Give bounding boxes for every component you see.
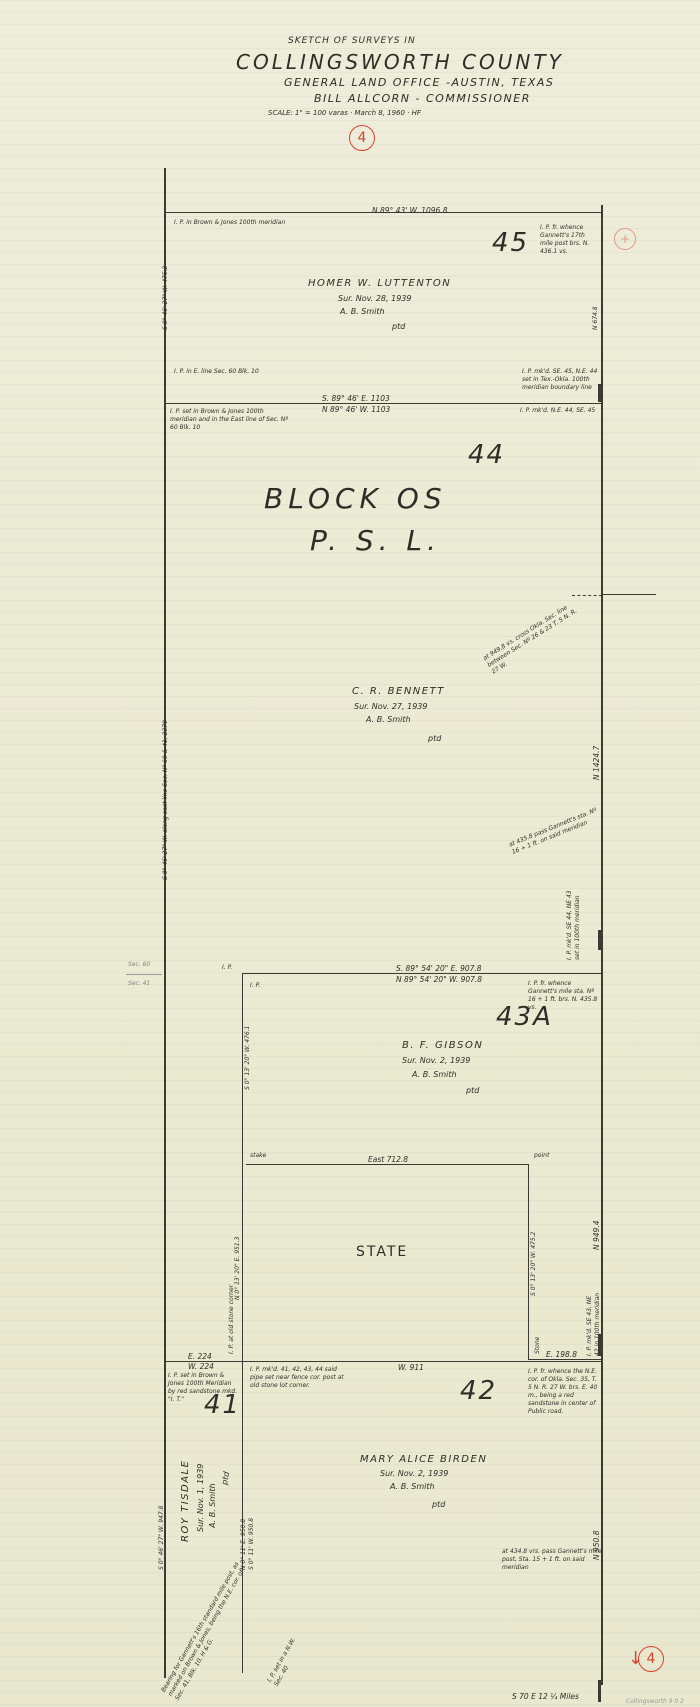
note-ip-mkd-se45: I. P. mk'd. SE. 45, N.E. 44 set in Tex.-… xyxy=(522,368,600,392)
call-div-41-42-a: N 0° 11' E. 950.8 xyxy=(240,1519,248,1570)
okla-section-extension xyxy=(601,594,656,595)
ip-label-a: I. P. xyxy=(222,964,232,972)
surveyor-43a: A. B. Smith xyxy=(412,1070,457,1079)
section-45-number: 45 xyxy=(492,228,529,258)
county-title: COLLINGSWORTH COUNTY xyxy=(236,50,564,74)
line-43a-42 xyxy=(164,1361,601,1362)
red-arrow-down-icon: ↓ xyxy=(628,1648,643,1669)
call-45-44-lower: N 89° 46' W. 1103 xyxy=(322,405,390,414)
call-east-45: N 674.8 xyxy=(592,306,600,330)
call-top-line: N 89° 43' W. 1096.8 xyxy=(372,206,447,215)
survey-sheet: SKETCH OF SURVEYS IN COLLINGSWORTH COUNT… xyxy=(0,0,700,1707)
note-ip-mkd-ne44: I. P. mk'd. N.E. 44, SE. 45 xyxy=(520,407,595,415)
section-43a-number: 43A xyxy=(496,1002,553,1032)
owner-gibson: B. F. GIBSON xyxy=(402,1040,483,1051)
sheet-number-mark: 4 xyxy=(349,125,375,151)
note-ip-mkd-41-44: I. P. mk'd. 41, 42, 43, 44 said pipe set… xyxy=(250,1366,350,1390)
header-line1: SKETCH OF SURVEYS IN xyxy=(288,36,416,46)
survey-date-41: Sur. Nov. 1, 1939 xyxy=(196,1464,205,1532)
state-south-east-line xyxy=(528,1359,601,1360)
surveyor-42: A. B. Smith xyxy=(390,1482,435,1491)
state-east-line xyxy=(528,1164,529,1360)
call-west-45: S 0° 46' 27" W. 475.2 xyxy=(162,266,170,330)
sec-divider xyxy=(126,974,162,975)
state-label: STATE xyxy=(356,1244,408,1260)
note-pass-gannett-2: at 434.8 vrs. pass Gannett's mile post, … xyxy=(502,1548,612,1572)
status-43a: ptd xyxy=(466,1086,479,1095)
call-state-top: East 712.8 xyxy=(368,1155,408,1164)
east-boundary-line xyxy=(601,205,603,1685)
note-stone: Stone xyxy=(534,1337,542,1354)
call-east-44: N 1424.7 xyxy=(592,746,601,780)
owner-bennett: C. R. BENNETT xyxy=(352,686,445,697)
status-44: ptd xyxy=(428,734,441,743)
note-ip-brown-jones: I. P. in Brown & Jones 100th meridian xyxy=(174,219,354,227)
status-45: ptd xyxy=(392,322,405,331)
line-45-44 xyxy=(164,403,601,404)
sec-60-label: Sec. 60 xyxy=(128,961,150,969)
call-state-bottom: E. 198.8 xyxy=(546,1350,577,1359)
note-ip-e-line: I. P. in E. line Sec. 60 Blk. 10 xyxy=(174,368,274,376)
surveyor-44: A. B. Smith xyxy=(366,715,411,724)
sec-41-label: Sec. 41 xyxy=(128,980,150,988)
note-ip-mkd-se44: I. P. mk'd. SE 44, NE 43 set in 100th me… xyxy=(566,885,582,960)
monument-mark-3 xyxy=(598,1680,601,1702)
call-45-44-upper: S. 89° 46' E. 1103 xyxy=(322,394,390,403)
monument-mark-1 xyxy=(598,930,601,950)
surveyor-41: A. B. Smith xyxy=(208,1483,217,1528)
owner-tisdale: ROY TISDALE xyxy=(180,1460,191,1542)
survey-date-42: Sur. Nov. 2, 1939 xyxy=(380,1469,448,1478)
section-44-number: 44 xyxy=(468,440,505,470)
surveyor-45: A. B. Smith xyxy=(340,307,385,316)
section-42-number: 42 xyxy=(460,1376,497,1406)
corner-stamp: Collingsworth 9 0 2 xyxy=(626,1698,684,1706)
owner-luttenton: HOMER W. LUTTENTON xyxy=(308,278,451,289)
note-point: point xyxy=(534,1152,549,1160)
note-ip-set-brown: I. P. set in Brown & Jones 100th meridia… xyxy=(170,408,290,432)
note-ip-old-stone: I. P. at old stone corner xyxy=(228,1285,236,1354)
call-east-43a: N 949.4 xyxy=(592,1221,601,1250)
okla-section-dashed-line xyxy=(572,595,602,596)
call-w911: W. 911 xyxy=(398,1363,424,1372)
red-registration-mark: + xyxy=(614,228,636,250)
call-w224: W. 224 xyxy=(188,1362,214,1371)
paper-ruling xyxy=(0,0,700,1707)
note-ip-ne-okla: I. P. fr. whence the N.E. cor. of Okla. … xyxy=(528,1368,600,1416)
monument-mark-4 xyxy=(598,384,601,402)
status-42: ptd xyxy=(432,1500,445,1509)
call-43a-lower: N 89° 54' 20" W. 907.8 xyxy=(396,975,482,984)
call-gibson-west: S 0° 13' 20" W. 476.1 xyxy=(244,1026,252,1090)
note-stake: stake xyxy=(250,1152,266,1160)
call-43a-upper: S. 89° 54' 20" E. 907.8 xyxy=(396,964,482,973)
call-div-41-42-b: S 0° 11' W. 950.8 xyxy=(248,1518,256,1570)
ip-label-b: I. P. xyxy=(250,982,260,990)
survey-date-43a: Sur. Nov. 2, 1939 xyxy=(402,1056,470,1065)
west-boundary-line xyxy=(164,168,166,1678)
call-state-east: S 0° 13' 20" W. 475.2 xyxy=(530,1232,538,1296)
call-west-44: S 0° 46' 27" W. along east line Sec. Nº … xyxy=(162,720,170,880)
call-west-41: S 0° 46' 27" W. 947.8 xyxy=(158,1506,166,1570)
survey-date-44: Sur. Nov. 27, 1939 xyxy=(354,702,427,711)
survey-date-45: Sur. Nov. 28, 1939 xyxy=(338,294,411,303)
block-psl: P. S. L. xyxy=(310,524,441,557)
bottom-caption: S 70 E 12 ¼ Miles xyxy=(512,1692,579,1701)
note-ip-gannett-17: I. P. fr. whence Gannett's 17th mile pos… xyxy=(540,224,596,256)
call-e224: E. 224 xyxy=(188,1352,212,1361)
block-name: BLOCK OS xyxy=(264,482,447,515)
owner-birden: MARY ALICE BIRDEN xyxy=(360,1454,487,1465)
section-41-number: 41 xyxy=(204,1390,241,1420)
header-commissioner: BILL ALLCORN - COMMISSIONER xyxy=(314,92,531,105)
monument-mark-2 xyxy=(598,1334,601,1356)
header-office: GENERAL LAND OFFICE -AUSTIN, TEXAS xyxy=(284,76,554,89)
state-top-line xyxy=(246,1164,529,1165)
line-44-43a xyxy=(242,973,601,974)
header-scale-date: SCALE: 1" = 100 varas · March 8, 1960 · … xyxy=(268,109,421,117)
